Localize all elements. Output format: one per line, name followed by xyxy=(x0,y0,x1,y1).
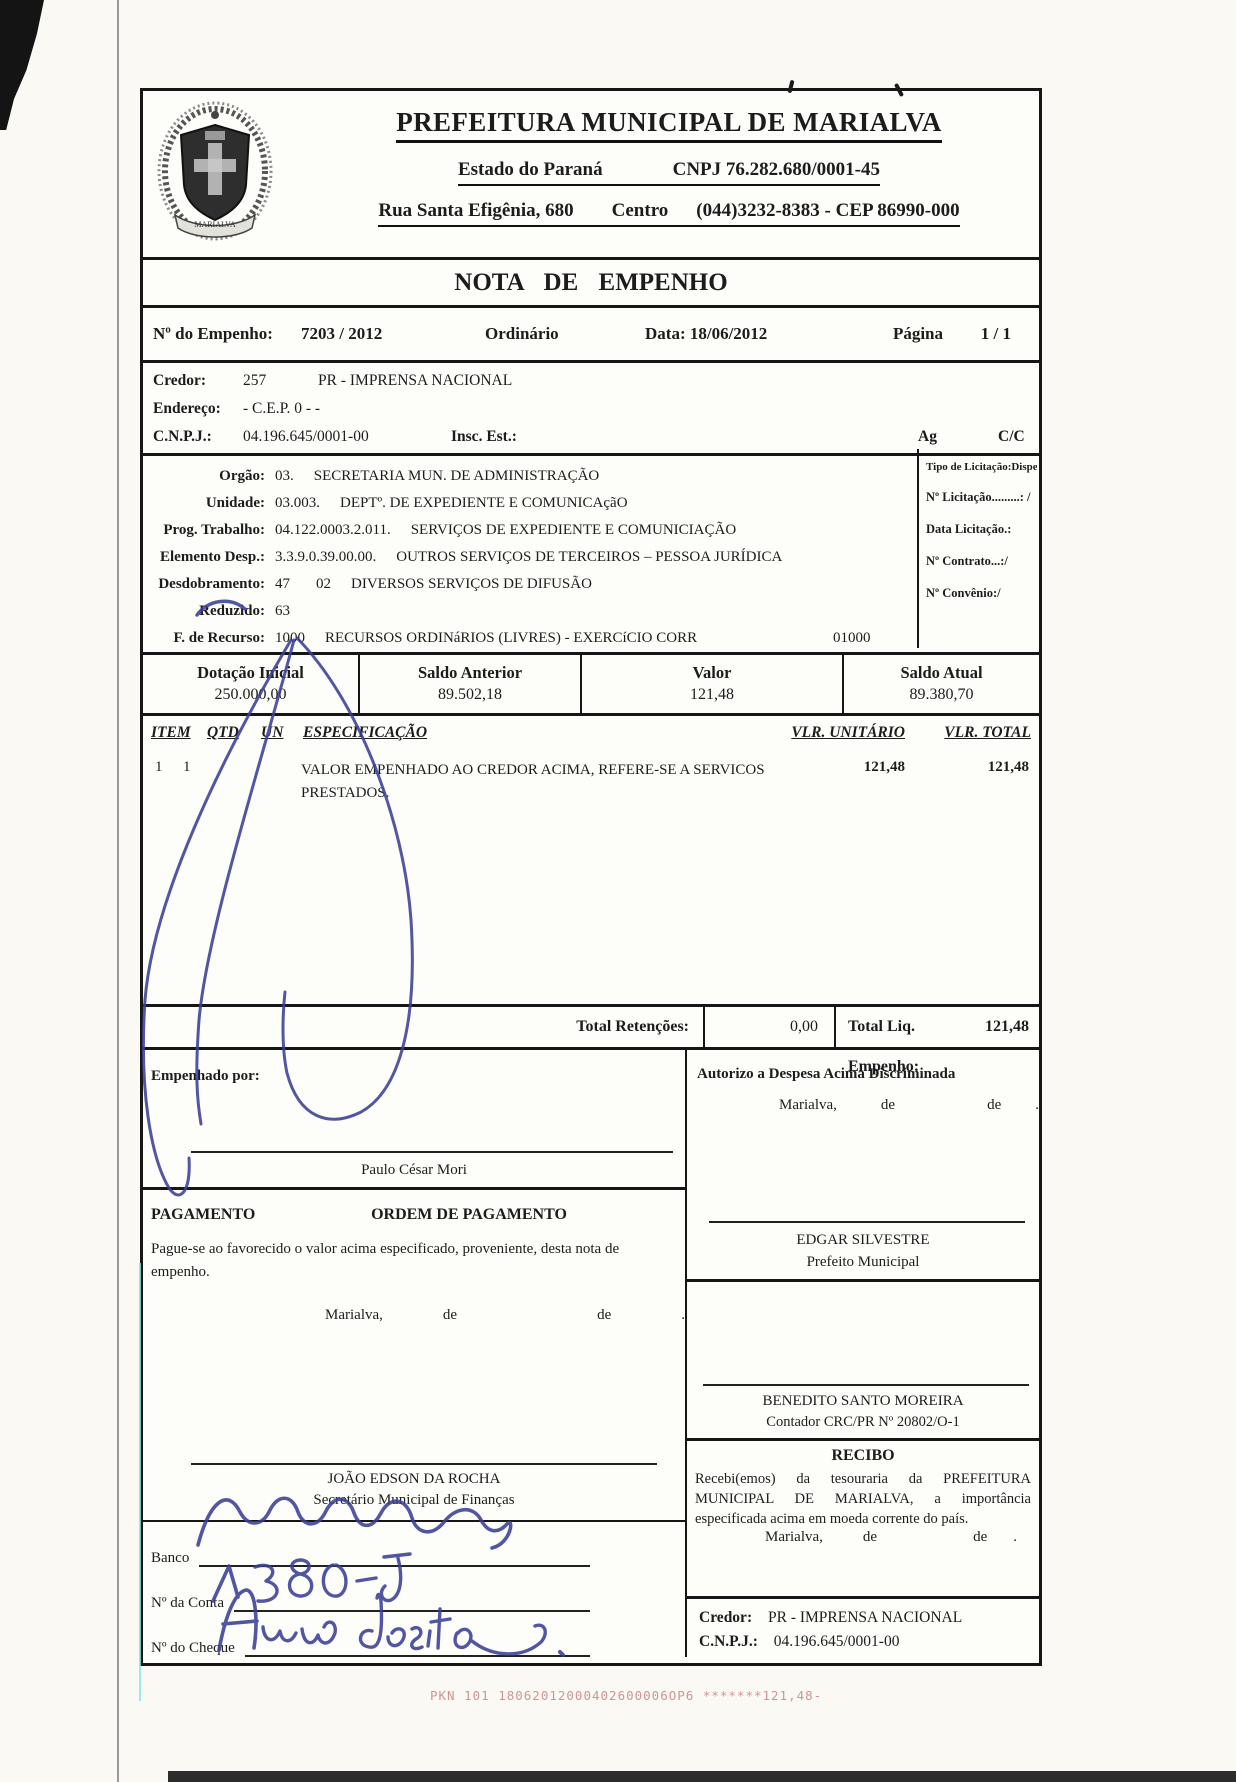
empenhado-signer-name: Paulo César Mori xyxy=(143,1162,685,1179)
valor-cell: Valor121,48 xyxy=(580,655,842,713)
prefeito-name: EDGAR SILVESTRE xyxy=(687,1232,1039,1249)
budget-block: Orgão:03.SECRETARIA MUN. DE ADMINISTRAÇÃ… xyxy=(143,456,1039,655)
empenho-number: 7203 / 2012 xyxy=(301,324,382,344)
insc-est-label: Insc. Est.: xyxy=(451,428,517,446)
contador-role: Contador CRC/PR Nº 20802/O-1 xyxy=(687,1414,1039,1431)
doc-title-bar: NOTA DE EMPENHO xyxy=(143,257,1039,308)
empenho-number-label: Nº do Empenho: xyxy=(153,324,273,344)
scan-edge-line xyxy=(117,0,119,1782)
cheque-label: Nº do Cheque xyxy=(151,1640,235,1657)
prefeito-role: Prefeito Municipal xyxy=(687,1254,1039,1271)
ag-label: Ag xyxy=(918,428,937,446)
recibo-credor-label: Credor: xyxy=(699,1609,752,1626)
signature-line xyxy=(191,1463,657,1465)
conta-field: Nº da Conta xyxy=(143,1567,685,1612)
left-signature-column: Empenhado por: Paulo César Mori PAGAMENT… xyxy=(143,1050,685,1657)
empenho-number-row: Nº do Empenho: 7203 / 2012 Ordinário Dat… xyxy=(143,308,1039,363)
items-table-header: ITEM QTD UN ESPECIFICAÇÃO VLR. UNITÁRIO … xyxy=(143,716,1039,751)
autorizo-title: Autorizo a Despesa Acima Discriminada xyxy=(687,1050,1039,1083)
state-label: Estado do Paraná xyxy=(458,159,603,180)
credor-block: Credor: 257 PR - IMPRENSA NACIONAL Ender… xyxy=(143,363,1039,456)
licitacao-contrato: Nº Contrato...:/ xyxy=(926,554,1037,569)
signature-line xyxy=(191,1151,673,1153)
banco-write-line xyxy=(199,1520,590,1567)
total-liquido-label: Total Liq. Empenho: xyxy=(848,1007,985,1047)
recurso-extra-code: 01000 xyxy=(833,625,871,652)
signature-line xyxy=(709,1221,1025,1223)
empenhado-por-label: Empenhado por: xyxy=(151,1068,260,1085)
cheque-write-line xyxy=(245,1610,590,1657)
header-text: PREFEITURA MUNICIPAL DE MARIALVA Estado … xyxy=(303,107,1035,227)
autorizo-box: Autorizo a Despesa Acima Discriminada Ma… xyxy=(687,1050,1039,1282)
recibo-credor-footer: Credor: PR - IMPRENSA NACIONAL C.N.P.J.:… xyxy=(687,1599,1039,1657)
cnpj-label: CNPJ 76.282.680/0001-45 xyxy=(673,159,880,180)
finance-secretary-signature: JOÃO EDSON DA ROCHA Secretário Municipal… xyxy=(143,1463,685,1511)
budget-row-orgao: Orgão:03.SECRETARIA MUN. DE ADMINISTRAÇÃ… xyxy=(143,463,1039,490)
banco-label: Banco xyxy=(151,1550,189,1567)
licitacao-convenio: Nº Convênio:/ xyxy=(926,586,1037,601)
credor-name: PR - IMPRENSA NACIONAL xyxy=(318,372,512,390)
conta-label: Nº da Conta xyxy=(151,1595,224,1612)
page-label: Página xyxy=(893,324,943,344)
total-liquido-value: 121,48 xyxy=(985,1007,1029,1047)
ordem-pagamento-title: ORDEM DE PAGAMENTO xyxy=(321,1206,617,1224)
item-description: VALOR EMPENHADO AO CREDOR ACIMA, REFERE-… xyxy=(301,759,779,806)
budget-row-desdobramento: Desdobramento:4702DIVERSOS SERVIÇOS DE D… xyxy=(143,571,1039,598)
document-header: MARIALVA PREFEITURA MUNICIPAL DE MARIALV… xyxy=(143,91,1039,257)
item-number: 1 xyxy=(155,759,163,776)
page-number: 1 / 1 xyxy=(981,324,1011,344)
item-qty: 1 xyxy=(183,759,191,776)
item-total-value: 121,48 xyxy=(988,759,1029,776)
cnpj-value: 04.196.645/0001-00 xyxy=(243,428,369,446)
scan-bottom-strip xyxy=(168,1771,1236,1782)
empenhado-por-box: Empenhado por: Paulo César Mori xyxy=(143,1050,685,1190)
licitacao-tipo: Tipo de Licitação:Dispensavel xyxy=(926,461,1037,473)
endereco-label: Endereço: xyxy=(153,400,221,418)
recibo-box: RECIBO Recebi(emos) da tesouraria da PRE… xyxy=(687,1441,1039,1599)
cheque-field: Nº do Cheque xyxy=(143,1612,685,1657)
cnpj-label: C.N.P.J.: xyxy=(153,428,212,446)
pagamento-title: PAGAMENTO xyxy=(151,1206,321,1224)
nota-de-empenho-form: MARIALVA PREFEITURA MUNICIPAL DE MARIALV… xyxy=(140,88,1042,1666)
budget-row-prog-trabalho: Prog. Trabalho:04.122.0003.2.011.SERVIÇO… xyxy=(143,517,1039,544)
recibo-text: Recebi(emos) da tesouraria da PREFEITURA… xyxy=(695,1469,1031,1529)
licitacao-numero: Nº Licitação.........: / xyxy=(926,490,1037,505)
banco-field: Banco xyxy=(143,1522,685,1567)
credor-label: Credor: xyxy=(153,372,206,390)
budget-row-f-recurso: F. de Recurso:1000RECURSOS ORDINáRIOS (L… xyxy=(143,625,1039,652)
autorizo-city-date-line: Marialva,dede. xyxy=(687,1097,1039,1114)
header-state-cnpj: Estado do ParanáCNPJ 76.282.680/0001-45 xyxy=(303,159,1035,186)
totals-row: Total Retenções: 0,00 Total Liq. Empenho… xyxy=(143,1004,1039,1050)
dot-matrix-print-line: PKN 101 18062012000402600006OP6 *******1… xyxy=(430,1688,822,1703)
recibo-city-date-line: Marialva,dede. xyxy=(687,1529,1039,1546)
budget-row-reduzido: Reduzido:63 xyxy=(143,598,1039,625)
total-liquido-cell: Total Liq. Empenho: 121,48 xyxy=(834,1007,1039,1047)
pagamento-text: Pague-se ao favorecido o valor acima esp… xyxy=(151,1238,673,1283)
scan-corner-blob xyxy=(0,0,44,130)
signatures-area: Empenhado por: Paulo César Mori PAGAMENT… xyxy=(143,1050,1039,1657)
scan-cyan-line xyxy=(139,1263,141,1701)
budget-row-unidade: Unidade:03.003.DEPTº. DE EXPEDIENTE E CO… xyxy=(143,490,1039,517)
total-retencoes-value: 0,00 xyxy=(703,1007,834,1047)
total-retencoes-label: Total Retenções: xyxy=(143,1018,703,1036)
item-unit-value: 121,48 xyxy=(864,759,905,776)
licitacao-column: Tipo de Licitação:Dispensavel Nº Licitaç… xyxy=(917,449,1039,648)
saldo-atual-cell: Saldo Atual89.380,70 xyxy=(842,655,1039,713)
empenho-date: Data: 18/06/2012 xyxy=(645,324,767,344)
recibo-cnpj-label: C.N.P.J.: xyxy=(699,1633,758,1650)
conta-write-line xyxy=(234,1565,590,1612)
contador-name: BENEDITO SANTO MOREIRA xyxy=(687,1393,1039,1410)
address-phone-cep: (044)3232-8383 - CEP 86990-000 xyxy=(696,200,959,221)
credor-code: 257 xyxy=(243,372,266,390)
pagamento-box: PAGAMENTO ORDEM DE PAGAMENTO Pague-se ao… xyxy=(143,1190,685,1657)
budget-row-elemento-desp: Elemento Desp.:3.3.9.0.39.00.00.OUTROS S… xyxy=(143,544,1039,571)
empenho-type: Ordinário xyxy=(485,324,559,344)
svg-text:MARIALVA: MARIALVA xyxy=(194,220,236,229)
saldos-row: Dotação Inicial250.000,00 Saldo Anterior… xyxy=(143,655,1039,716)
saldo-anterior-cell: Saldo Anterior89.502,18 xyxy=(358,655,580,713)
municipal-coat-of-arms-logo: MARIALVA xyxy=(155,99,275,247)
items-table-body: 1 1 VALOR EMPENHADO AO CREDOR ACIMA, REF… xyxy=(143,751,1039,1004)
header-address: Rua Santa Efigênia, 680Centro(044)3232-8… xyxy=(303,200,1035,227)
recibo-title: RECIBO xyxy=(687,1447,1039,1465)
dotacao-inicial-cell: Dotação Inicial250.000,00 xyxy=(143,655,358,713)
page-title: PREFEITURA MUNICIPAL DE MARIALVA xyxy=(396,107,942,143)
signature-line xyxy=(703,1384,1029,1386)
pagamento-city-date-line: Marialva,dede. xyxy=(143,1307,685,1324)
endereco-value: - C.E.P. 0 - - xyxy=(243,400,320,418)
address-district: Centro xyxy=(612,200,669,221)
contador-box: BENEDITO SANTO MOREIRA Contador CRC/PR N… xyxy=(687,1282,1039,1442)
licitacao-data: Data Licitação.: xyxy=(926,522,1037,537)
address-street: Rua Santa Efigênia, 680 xyxy=(378,200,573,221)
cc-label: C/C xyxy=(998,428,1025,446)
right-signature-column: Autorizo a Despesa Acima Discriminada Ma… xyxy=(687,1050,1039,1657)
recibo-cnpj-value: 04.196.645/0001-00 xyxy=(774,1633,900,1650)
recibo-credor-name: PR - IMPRENSA NACIONAL xyxy=(768,1609,962,1626)
